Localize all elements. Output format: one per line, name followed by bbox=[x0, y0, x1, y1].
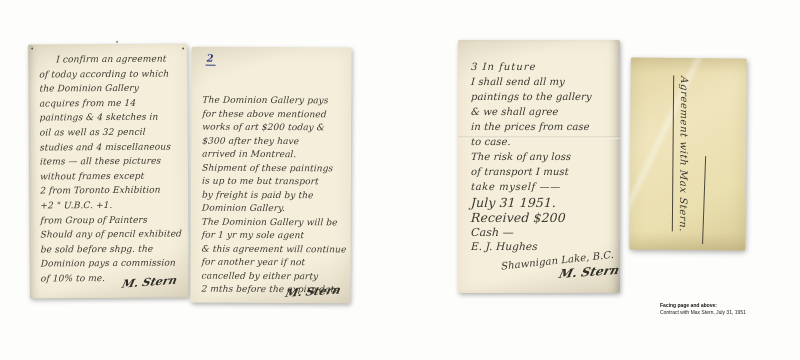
contract-page-2: 2 The Dominion Gallery paysfor these abo… bbox=[190, 47, 351, 304]
handwriting-line: to case. bbox=[471, 135, 621, 150]
handwriting-line: cancelled by either party bbox=[201, 270, 351, 284]
caption-text: Contract with Max Stern, July 31, 1951 bbox=[660, 310, 746, 317]
handwriting-line: be sold before shpg. the bbox=[40, 242, 189, 258]
handwriting-line: without frames except bbox=[40, 169, 189, 185]
pinhole-mark bbox=[182, 47, 184, 49]
envelope-rule-line bbox=[702, 156, 706, 244]
handwriting-line: the Dominion Gallery bbox=[39, 82, 188, 98]
handwriting-line: Dominion Gallery. bbox=[201, 203, 351, 217]
handwriting-line: of today according to which bbox=[39, 67, 188, 83]
handwriting-line: Shipment of these paintings bbox=[202, 162, 352, 176]
handwriting-line: take myself —— bbox=[471, 180, 621, 195]
handwriting-line: Should any of pencil exhibited bbox=[40, 228, 189, 244]
handwriting-line: I confirm an agreement bbox=[39, 52, 188, 68]
contract-page-3: 3 In futureI shall send all mypaintings … bbox=[458, 40, 620, 293]
handwriting-line: for 1 yr my sole agent bbox=[201, 230, 351, 244]
handwriting-line: The Dominion Gallery pays bbox=[202, 95, 352, 109]
signature-max-stern: M. Stern bbox=[558, 263, 621, 281]
handwriting-line: works of art $200 today & bbox=[202, 122, 352, 136]
caption-heading: Facing page and above: bbox=[660, 303, 746, 310]
envelope-label: Agreement with Max Stern. bbox=[672, 75, 689, 232]
handwriting-line: The risk of any loss bbox=[471, 150, 621, 165]
handwriting-line: is up to me but transport bbox=[202, 176, 352, 190]
handwriting-line: July 31 1951. bbox=[471, 195, 621, 210]
handwriting-line: & we shall agree bbox=[471, 105, 621, 120]
handwriting-line: for these above mentioned bbox=[202, 108, 352, 122]
handwriting-line: Cash — bbox=[471, 225, 621, 240]
handwriting-line: by freight is paid by the bbox=[202, 189, 352, 203]
handwriting-line: items — all these pictures bbox=[40, 155, 189, 171]
handwriting-line: Received $200 bbox=[471, 210, 621, 225]
contract-page-1: I confirm an agreementof today according… bbox=[28, 43, 189, 298]
book-page-photo: I confirm an agreementof today according… bbox=[0, 0, 800, 360]
envelope: Agreement with Max Stern. bbox=[629, 57, 747, 250]
handwriting-line: $300 after they have bbox=[202, 135, 352, 149]
handwriting-line: arrived in Montreal. bbox=[202, 149, 352, 163]
handwriting-line: studies and 4 miscellaneous bbox=[40, 140, 189, 156]
handwriting-line: +2 " U.B.C. +1. bbox=[40, 198, 189, 214]
envelope-label-wrap: Agreement with Max Stern. bbox=[672, 76, 694, 232]
handwriting-line: oil as well as 32 pencil bbox=[39, 125, 188, 141]
photo-caption: Facing page and above: Contract with Max… bbox=[660, 303, 746, 317]
handwriting-line: from Group of Painters bbox=[40, 213, 189, 229]
handwritten-text-block: The Dominion Gallery paysfor these above… bbox=[201, 95, 351, 298]
handwriting-line: Dominion pays a commission bbox=[40, 257, 189, 273]
handwriting-line: 2 from Toronto Exhibition bbox=[40, 184, 189, 200]
handwriting-line: I shall send all my bbox=[471, 75, 621, 90]
pinhole-mark bbox=[31, 48, 33, 50]
handwriting-line: of transport I must bbox=[471, 165, 621, 180]
handwritten-text-block: 3 In futureI shall send all mypaintings … bbox=[471, 60, 620, 270]
handwriting-line: The Dominion Gallery will be bbox=[201, 216, 351, 230]
handwriting-line: paintings to the gallery bbox=[471, 90, 621, 105]
handwritten-text-block: I confirm an agreementof today according… bbox=[39, 52, 189, 287]
handwriting-line: in the prices from case bbox=[471, 120, 621, 135]
handwriting-line: acquires from me 14 bbox=[39, 96, 188, 112]
page-number: 2 bbox=[206, 54, 216, 66]
handwriting-line: 3 In future bbox=[471, 60, 621, 75]
handwriting-line: paintings & 4 sketches in bbox=[39, 111, 188, 127]
handwriting-line: for another year if not bbox=[201, 257, 351, 271]
pinhole-mark bbox=[116, 41, 118, 43]
handwriting-line: & this agreement will continue bbox=[201, 243, 351, 257]
